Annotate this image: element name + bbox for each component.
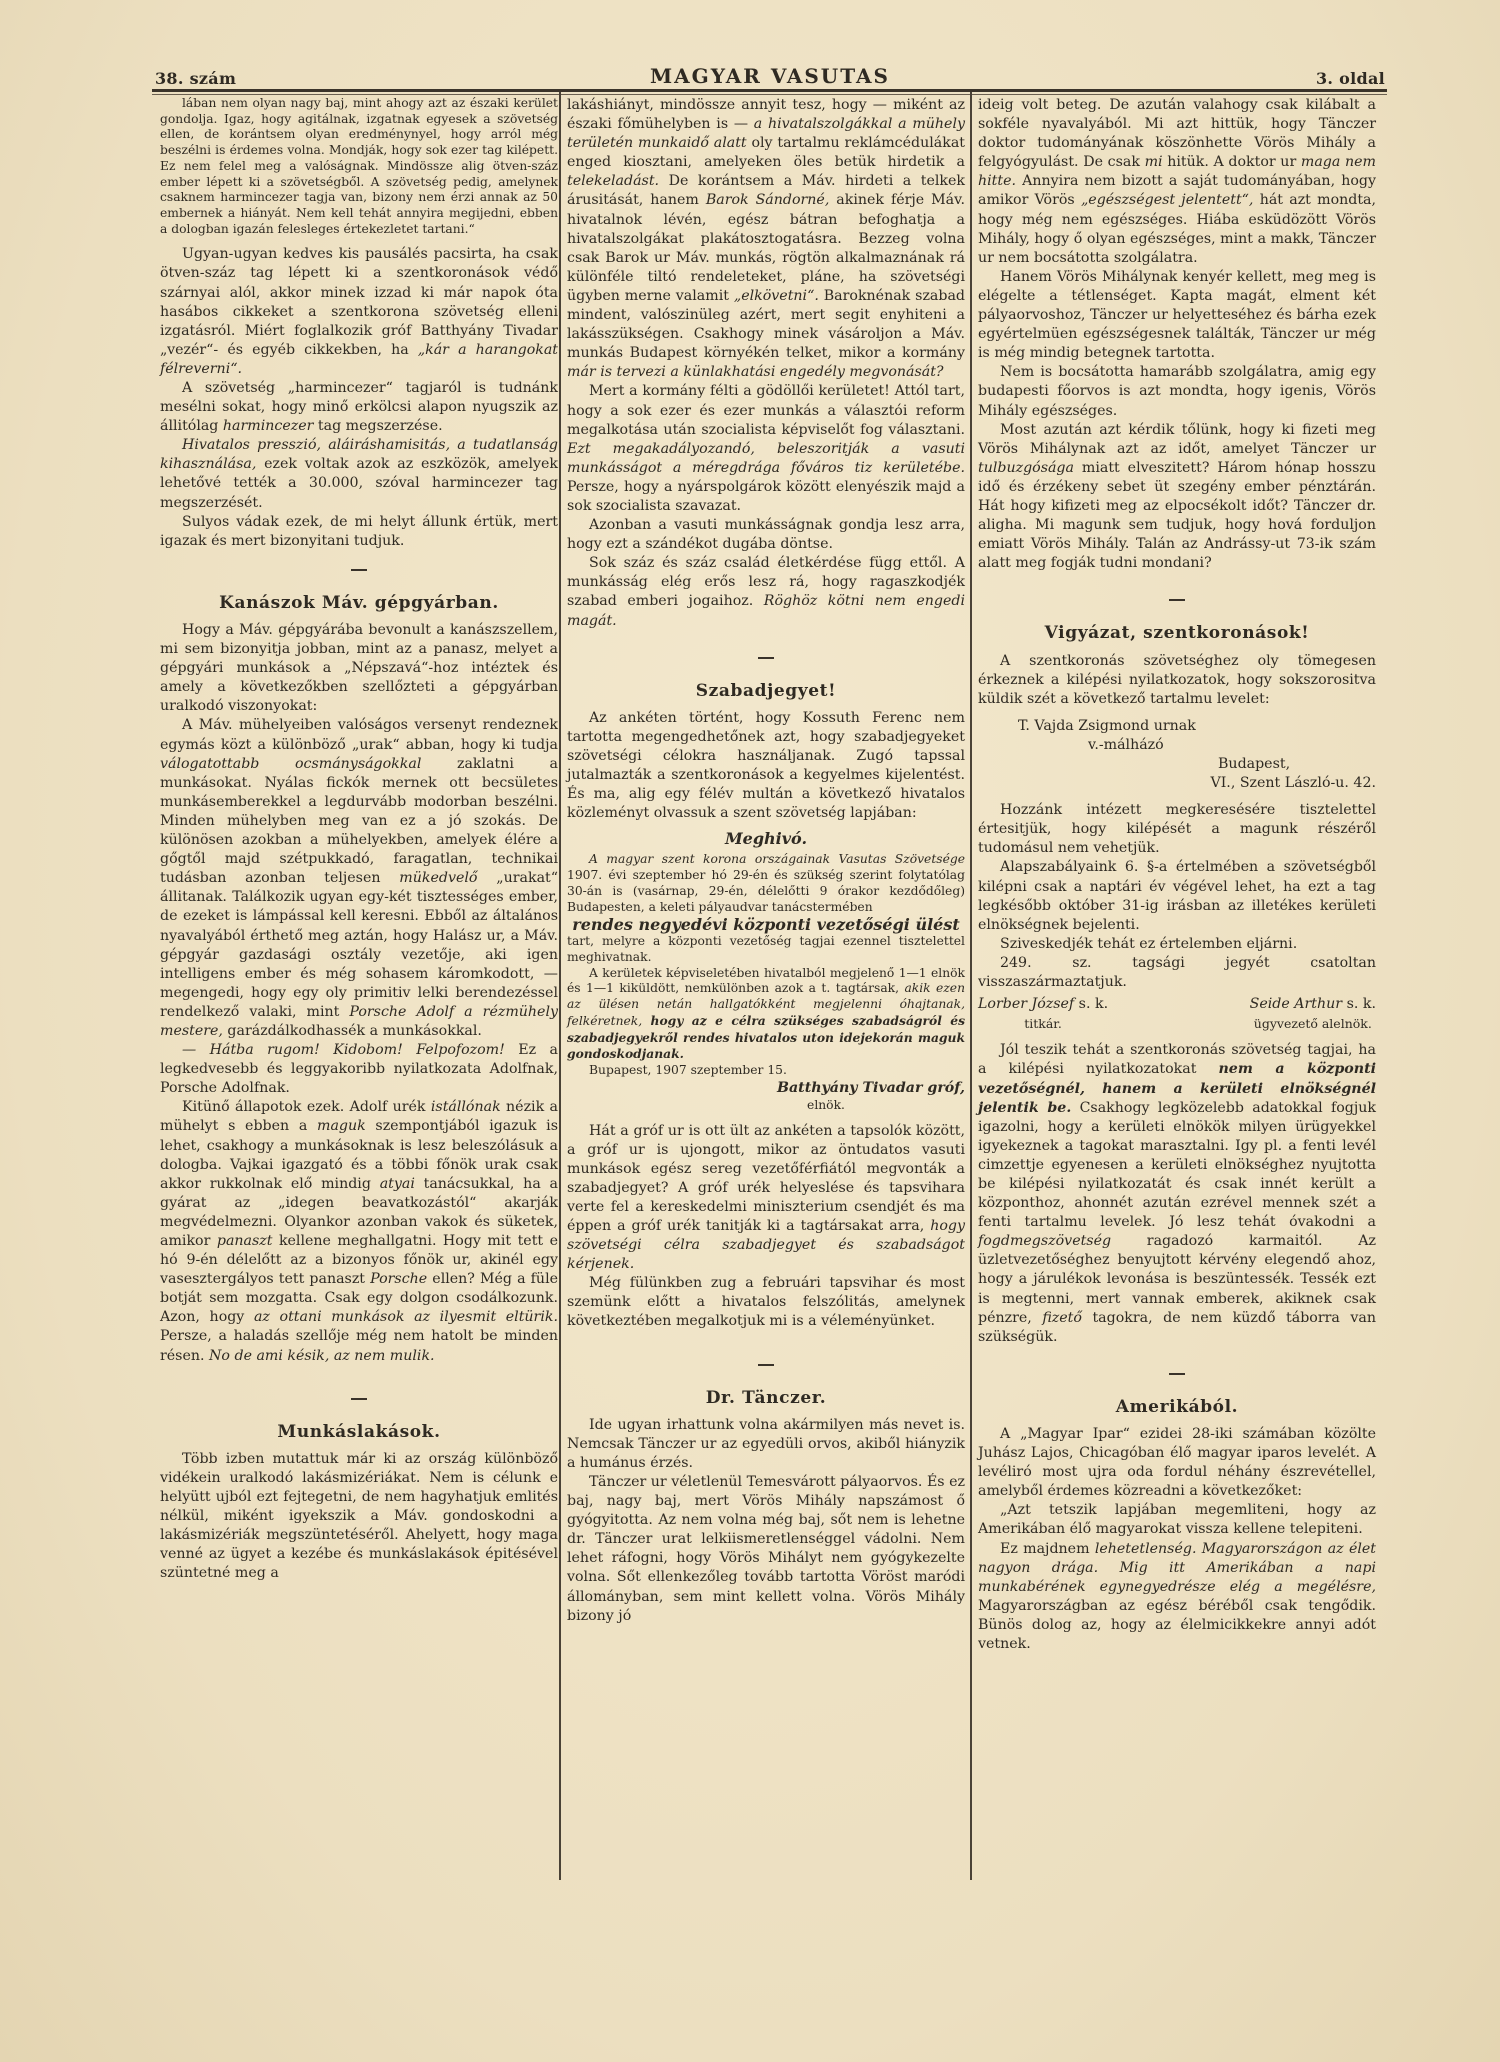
paragraph: Jól teszik tehát a szentkoronás szövetsé… [978, 1041, 1376, 1347]
letter-paragraph: Hozzánk intézett megkeresésére tisztelet… [978, 801, 1376, 858]
paragraph: Kitünő állapotok ezek. Adolf urék istáll… [160, 1098, 558, 1365]
article-heading: Munkáslakások. [160, 1423, 558, 1442]
article-heading: Kanászok Máv. gépgyárban. [160, 594, 558, 613]
paragraph: Több izben mutattuk már ki az ország kül… [160, 1450, 558, 1584]
paragraph: Most azután azt kérdik tőlünk, hogy ki f… [978, 421, 1376, 574]
column-2: lakáshiányt, mindössze annyit tesz, hogy… [567, 96, 965, 1626]
paragraph: ideig volt beteg. De azután valahogy csa… [978, 96, 1376, 268]
section-separator [567, 1356, 965, 1375]
paragraph: Hogy a Máv. gépgyárába bevonult a kanász… [160, 621, 558, 716]
paragraph: Még fülünkben zug a februári tapsvihar é… [567, 1274, 965, 1331]
column-divider [970, 92, 972, 1880]
invitation-title: Meghivó. [567, 829, 965, 848]
letter-paragraph: Sziveskedjék tehát ez értelemben eljárni… [978, 935, 1376, 954]
paragraph: Ide ugyan irhattunk volna akármilyen más… [567, 1416, 965, 1473]
letter-signatures: Lorber József s. k. titkár. Seide Arthur… [978, 995, 1376, 1033]
section-separator [978, 1365, 1376, 1384]
masthead-rule-thin [152, 94, 1387, 95]
paragraph: A szövetség „harmincezer“ tagjaról is tu… [160, 379, 558, 436]
paragraph: „Azt tetszik lapjában megemliteni, hogy … [978, 1501, 1376, 1539]
paragraph: Ez majdnem lehetetlenség. Magyarországon… [978, 1540, 1376, 1655]
section-separator [978, 591, 1376, 610]
invitation-event: rendes negyedévi központi vezetőségi ülé… [567, 915, 965, 934]
paragraph: Hát a gróf ur is ott ült az ankéten a ta… [567, 1122, 965, 1275]
paragraph: A szentkoronás szövetséghez oly tömegese… [978, 652, 1376, 709]
newspaper-page: 38. szám MAGYAR VASUTAS 3. oldal lában n… [0, 0, 1500, 2062]
issue-number: 38. szám [155, 69, 236, 88]
letter-address: T. Vajda Zsigmond urnak v.-málházó Budap… [978, 717, 1376, 793]
article-heading: Vigyázat, szentkoronások! [978, 624, 1376, 643]
invitation-text: A kerületek képviseletében hivatalból me… [567, 966, 965, 1063]
paragraph: Hanem Vörös Mihálynak kenyér kellett, me… [978, 268, 1376, 363]
quoted-text: lában nem olyan nagy baj, mint ahogy azt… [160, 96, 558, 237]
column-1: lában nem olyan nagy baj, mint ahogy azt… [160, 96, 558, 1584]
paragraph: — Hátba rugom! Kidobom! Felpofozom! Ez a… [160, 1041, 558, 1098]
signature-vice-president: Seide Arthur s. k. ügyvezető alelnök. [1250, 995, 1376, 1033]
paragraph: Hivatalos presszió, aláirás­hamisitás, a… [160, 436, 558, 512]
masthead-rule [152, 89, 1387, 92]
column-3: ideig volt beteg. De azután valahogy csa… [978, 96, 1376, 1654]
paragraph: lakáshiányt, mindössze annyit tesz, hogy… [567, 96, 965, 382]
section-separator [160, 1390, 558, 1409]
letter-paragraph: 249. sz. tagsági jegyét csatoltan vissza… [978, 954, 1376, 992]
section-separator [160, 561, 558, 580]
paragraph: Sulyos vádak ezek, de mi helyt állunk ér… [160, 513, 558, 551]
article-heading: Szabadjegyet! [567, 682, 965, 701]
page-number: 3. oldal [1316, 69, 1385, 88]
letter-paragraph: Alapszabályaink 6. §-a értelmében a szöv… [978, 858, 1376, 934]
invitation-signature: Batthyány Tivadar gróf, [567, 1079, 965, 1098]
paragraph: Az ankéten történt, hogy Kossuth Ferenc … [567, 709, 965, 824]
paragraph: Tänczer ur véletlenül Temesvárott pályao… [567, 1473, 965, 1626]
section-separator [567, 649, 965, 668]
paragraph: A „Magyar Ipar“ ezidei 28-iki számában k… [978, 1425, 1376, 1501]
signature-secretary: Lorber József s. k. titkár. [978, 995, 1108, 1033]
article-heading: Dr. Tänczer. [567, 1389, 965, 1408]
paragraph: Nem is bocsátotta hamarább szolgálatra, … [978, 363, 1376, 420]
article-heading: Amerikából. [978, 1398, 1376, 1417]
paragraph: Sok száz és száz család életkérdése függ… [567, 554, 965, 630]
invitation-text: tart, melyre a központi vezetőség tagjai… [567, 934, 965, 965]
column-divider [559, 92, 561, 1880]
paragraph: Mert a kormány félti a gödöllői kerülete… [567, 382, 965, 516]
invitation-text: A magyar szent korona országainak Vasuta… [567, 852, 965, 915]
masthead: 38. szám MAGYAR VASUTAS 3. oldal [155, 58, 1385, 88]
paragraph: Azonban a vasuti munkásságnak gondja les… [567, 516, 965, 554]
invitation-date: Bupapest, 1907 szeptember 15. [567, 1063, 965, 1079]
newspaper-title: MAGYAR VASUTAS [650, 64, 890, 88]
paragraph: Ugyan-ugyan kedves kis pausálés pacsirta… [160, 245, 558, 379]
invitation-role: elnök. [567, 1098, 965, 1114]
paragraph: A Máv. mühelyeiben valóságos versenyt re… [160, 716, 558, 1041]
